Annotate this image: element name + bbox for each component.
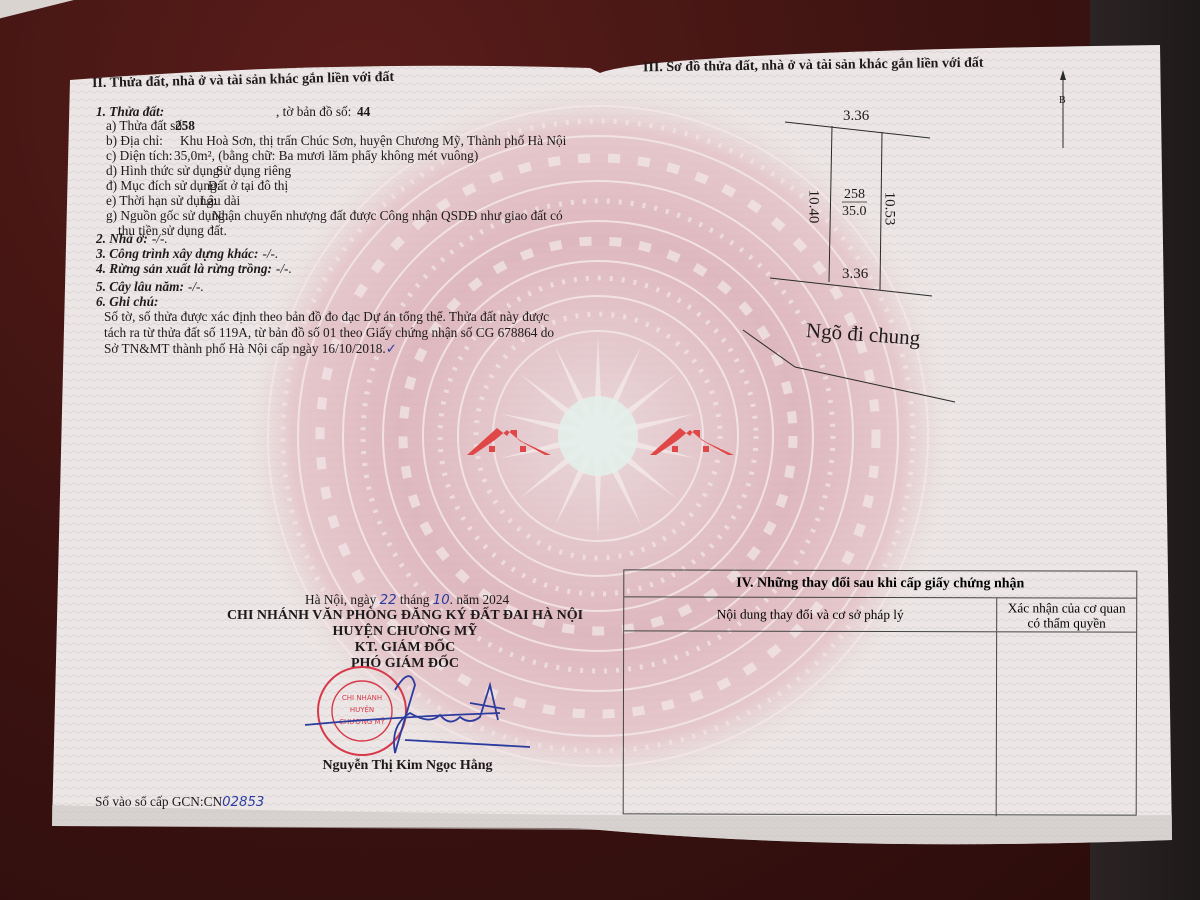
authority-confirmation-cell — [997, 632, 1136, 816]
issue-date: Hà Nội, ngày 22 tháng 10. năm 2024 — [305, 592, 509, 609]
column-header-authority-confirmation: Xác nhận của cơ quan có thẩm quyền — [997, 598, 1136, 631]
col2-line2: có thẩm quyền — [997, 615, 1136, 630]
house-logo-icon — [648, 422, 738, 458]
signer-name: Nguyễn Thị Kim Ngọc Hằng — [300, 758, 515, 774]
registry-label: Số vào sổ cấp GCN:CN — [95, 794, 222, 809]
official-stamp-and-signature: CHI NHÁNH HUYỆN CHƯƠNG MỸ — [300, 665, 550, 765]
certificate-sheet: II. Thửa đất, nhà ở và tài sản khác gắn … — [0, 0, 1200, 900]
signer-role-1: KT. GIÁM ĐỐC — [220, 640, 590, 656]
north-label: B — [1059, 95, 1066, 106]
parcel-area: 35.0 — [842, 204, 867, 220]
changes-table: IV. Những thay đổi sau khi cấp giấy chứn… — [623, 569, 1138, 815]
issue-day: 22 — [380, 593, 397, 608]
svg-text:CHI NHÁNH: CHI NHÁNH — [342, 693, 382, 702]
svg-text:HUYỆN: HUYỆN — [350, 705, 374, 714]
year-label: năm 2024 — [456, 592, 509, 607]
bottom-edge-length: 3.36 — [842, 266, 868, 283]
parcel-number: 258 — [844, 187, 865, 203]
col2-line1: Xác nhận của cơ quan — [997, 600, 1136, 615]
date-prefix: Hà Nội, ngày — [305, 592, 376, 607]
registry-value: 02853 — [222, 795, 264, 810]
section-iv-title: IV. Những thay đổi sau khi cấp giấy chứn… — [624, 570, 1136, 598]
north-arrow-icon — [1060, 70, 1066, 80]
right-edge-length: 10.53 — [880, 192, 897, 226]
issuing-office: CHI NHÁNH VĂN PHÒNG ĐĂNG KÝ ĐẤT ĐAI HÀ N… — [220, 608, 590, 624]
top-edge-length: 3.36 — [843, 108, 869, 125]
left-edge-length: 10.40 — [804, 190, 821, 224]
issuing-district: HUYỆN CHƯƠNG MỸ — [220, 624, 590, 640]
house-logo-icon — [465, 422, 555, 458]
month-label: tháng — [400, 592, 430, 607]
change-content-cell — [624, 631, 997, 816]
issue-month: 10 — [433, 593, 450, 608]
registry-number: Số vào sổ cấp GCN:CN02853 — [95, 794, 264, 811]
column-header-change-content: Nội dung thay đổi và cơ sở pháp lý — [624, 597, 997, 631]
